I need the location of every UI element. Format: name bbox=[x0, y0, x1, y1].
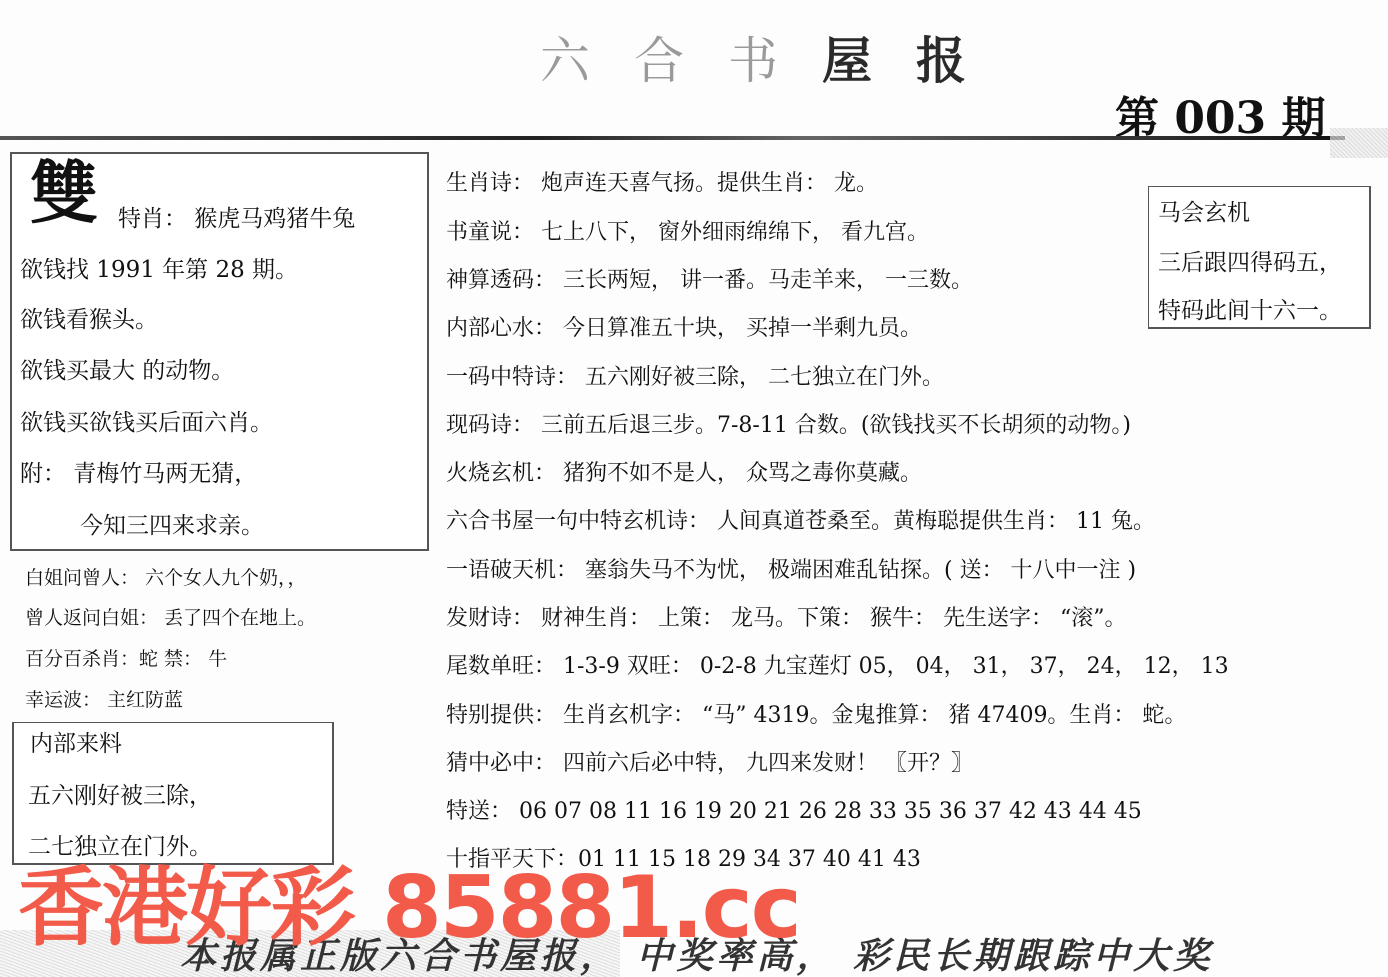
left-note: 百分百杀肖：蛇 禁： 牛 bbox=[25, 647, 227, 671]
feature-big-char: 雙 bbox=[30, 160, 98, 230]
horse-club-title: 马会玄机 bbox=[1158, 199, 1250, 227]
main-line: 特别提供： 生肖玄机字： “马” 4319。金鬼推算： 猪 47409。生肖： … bbox=[446, 702, 1186, 730]
main-line: 尾数单旺： 1-3-9 双旺： 0-2-8 九宝莲灯 05， 04， 31， 3… bbox=[446, 653, 1229, 681]
main-line: 六合书屋一句中特玄机诗： 人间真道苍桑至。黄梅聪提供生肖： 11 兔。 bbox=[446, 508, 1155, 536]
masthead-char: 合 bbox=[634, 21, 684, 93]
horse-club-line: 三后跟四得码五， bbox=[1158, 249, 1342, 277]
special-numbers-line: 特送： 06 07 08 11 16 19 20 21 26 28 33 35 … bbox=[446, 798, 1142, 826]
masthead-char: 屋 bbox=[822, 21, 872, 93]
insider-title: 内部来料 bbox=[30, 730, 122, 758]
main-line: 一码中特诗： 五六刚好被三除， 二七独立在门外。 bbox=[446, 364, 944, 392]
left-note: 幸运波： 主红防蓝 bbox=[25, 688, 183, 712]
main-line: 现码诗： 三前五后退三步。7-8-11 合数。(欲钱找买不长胡须的动物。) bbox=[446, 412, 1131, 440]
special-zodiac-line: 特肖： 猴虎马鸡猪牛兔 bbox=[118, 205, 355, 233]
main-line: 书童说： 七上八下， 窗外细雨绵绵下， 看九宫。 bbox=[446, 219, 929, 247]
masthead-char: 书 bbox=[728, 21, 778, 93]
insider-line: 二七独立在门外。 bbox=[28, 833, 212, 861]
left-box-line: 欲钱买最大 的动物。 bbox=[20, 357, 234, 385]
main-line: 火烧玄机： 猪狗不如不是人， 众骂之毒你莫藏。 bbox=[446, 460, 922, 488]
scan-shading bbox=[1330, 128, 1388, 158]
main-line: 猜中必中： 四前六后必中特， 九四来发财！ 〖开？〗 bbox=[446, 750, 973, 778]
header-divider bbox=[0, 136, 1345, 140]
left-note: 曾人返问白姐： 丢了四个在地上。 bbox=[25, 606, 316, 630]
left-box-line: 欲钱找 1991 年第 28 期。 bbox=[20, 256, 298, 284]
left-box-line: 欲钱看猴头。 bbox=[20, 306, 158, 334]
masthead-char: 六 bbox=[540, 21, 590, 93]
main-line: 发财诗： 财神生肖： 上策： 龙马。下策： 猴牛： 先生送字： “滚”。 bbox=[446, 605, 1126, 633]
left-box-line: 欲钱买欲钱买后面六肖。 bbox=[20, 409, 273, 437]
left-note: 白姐问曾人： 六个女人九个奶，， bbox=[25, 566, 307, 590]
masthead-title: 六 合 书 屋 报 bbox=[540, 22, 990, 92]
main-line: 神算透码： 三长两短， 讲一番。马走羊来， 一三数。 bbox=[446, 267, 973, 295]
left-box-line: 今知三四来求亲。 bbox=[80, 512, 264, 540]
insider-line: 五六刚好被三除， bbox=[28, 782, 212, 810]
main-line: 生肖诗： 炮声连天喜气扬。提供生肖： 龙。 bbox=[446, 170, 878, 198]
left-box-line: 附： 青梅竹马两无猜， bbox=[20, 460, 257, 488]
masthead-char: 报 bbox=[916, 21, 966, 93]
horse-club-line: 特码此间十六一。 bbox=[1158, 297, 1342, 325]
site-watermark: 香港好彩 85881.cc bbox=[18, 858, 800, 958]
main-line: 一语破天机： 塞翁失马不为忧， 极端困难乱钻探。( 送： 十八中一注 ) bbox=[446, 557, 1136, 585]
main-line: 内部心水： 今日算准五十块， 买掉一半剩九员。 bbox=[446, 315, 922, 343]
